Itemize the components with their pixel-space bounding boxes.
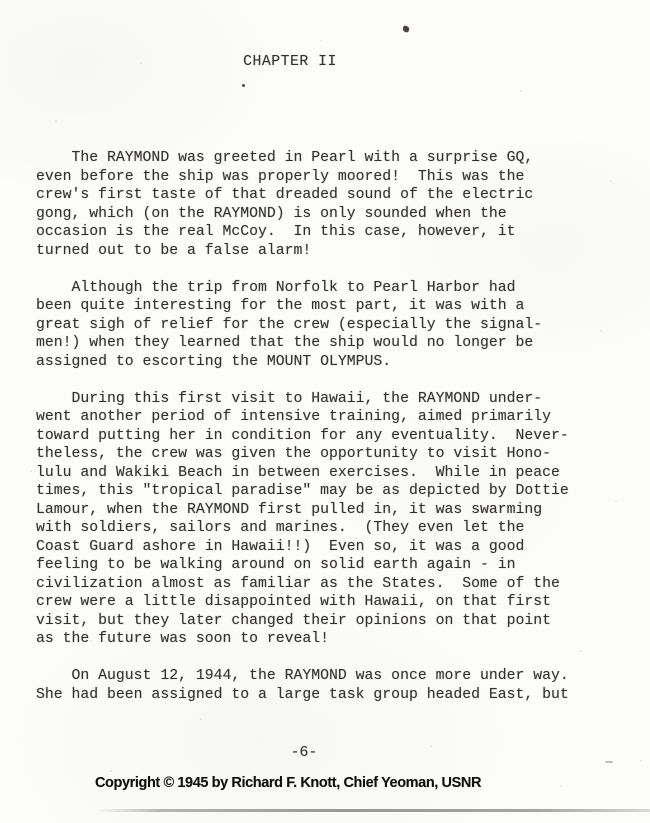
text-line: great sigh of relief for the crew (espec…	[36, 316, 569, 335]
paragraph-3: During this first visit to Hawaii, the R…	[36, 390, 569, 649]
text-line: visit, but they later changed their opin…	[36, 612, 569, 631]
scan-speck	[605, 761, 613, 763]
text-line: even before the ship was properly moored…	[36, 168, 569, 187]
page-number: -6-	[0, 745, 608, 761]
text-line: crew were a little disappointed with Haw…	[36, 593, 569, 612]
text-line: times, this "tropical paradise" may be a…	[36, 482, 569, 501]
text-line: toward putting her in condition for any …	[36, 427, 569, 446]
copyright-line: Copyright © 1945 by Richard F. Knott, Ch…	[0, 775, 576, 791]
body-text: The RAYMOND was greeted in Pearl with a …	[36, 149, 569, 704]
text-line: On August 12, 1944, the RAYMOND was once…	[36, 667, 569, 686]
text-line: feeling to be walking around on solid ea…	[36, 556, 569, 575]
text-line: Although the trip from Norfolk to Pearl …	[36, 279, 569, 298]
chapter-heading: CHAPTER II	[0, 54, 580, 70]
scan-edge-line	[95, 809, 650, 812]
text-line: crew's first taste of that dreaded sound…	[36, 186, 569, 205]
document-page: CHAPTER II The RAYMOND was greeted in Pe…	[0, 0, 650, 823]
text-line: The RAYMOND was greeted in Pearl with a …	[36, 149, 569, 168]
text-line: Coast Guard ashore in Hawaii!!) Even so,…	[36, 538, 569, 557]
text-line: occasion is the real McCoy. In this case…	[36, 223, 569, 242]
text-line: During this first visit to Hawaii, the R…	[36, 390, 569, 409]
paragraph-4: On August 12, 1944, the RAYMOND was once…	[36, 667, 569, 704]
paragraph-2: Although the trip from Norfolk to Pearl …	[36, 279, 569, 372]
text-line: theless, the crew was given the opportun…	[36, 445, 569, 464]
text-line: as the future was soon to reveal!	[36, 630, 569, 649]
text-line: with soldiers, sailors and marines. (The…	[36, 519, 569, 538]
ink-smudge-top-right	[402, 25, 409, 32]
text-line: lulu and Wakiki Beach in between exercis…	[36, 464, 569, 483]
text-line: civilization almost as familiar as the S…	[36, 575, 569, 594]
text-line: went another period of intensive trainin…	[36, 408, 569, 427]
text-line: been quite interesting for the most part…	[36, 297, 569, 316]
text-line: She had been assigned to a large task gr…	[36, 686, 569, 705]
text-line: Lamour, when the RAYMOND first pulled in…	[36, 501, 569, 520]
text-line: men!) when they learned that the ship wo…	[36, 334, 569, 353]
text-line: assigned to escorting the MOUNT OLYMPUS.	[36, 353, 569, 372]
text-line: turned out to be a false alarm!	[36, 242, 569, 261]
ink-dot	[242, 84, 245, 87]
paragraph-1: The RAYMOND was greeted in Pearl with a …	[36, 149, 569, 260]
text-line: gong, which (on the RAYMOND) is only sou…	[36, 205, 569, 224]
paper-grain-noise	[0, 0, 2, 2]
